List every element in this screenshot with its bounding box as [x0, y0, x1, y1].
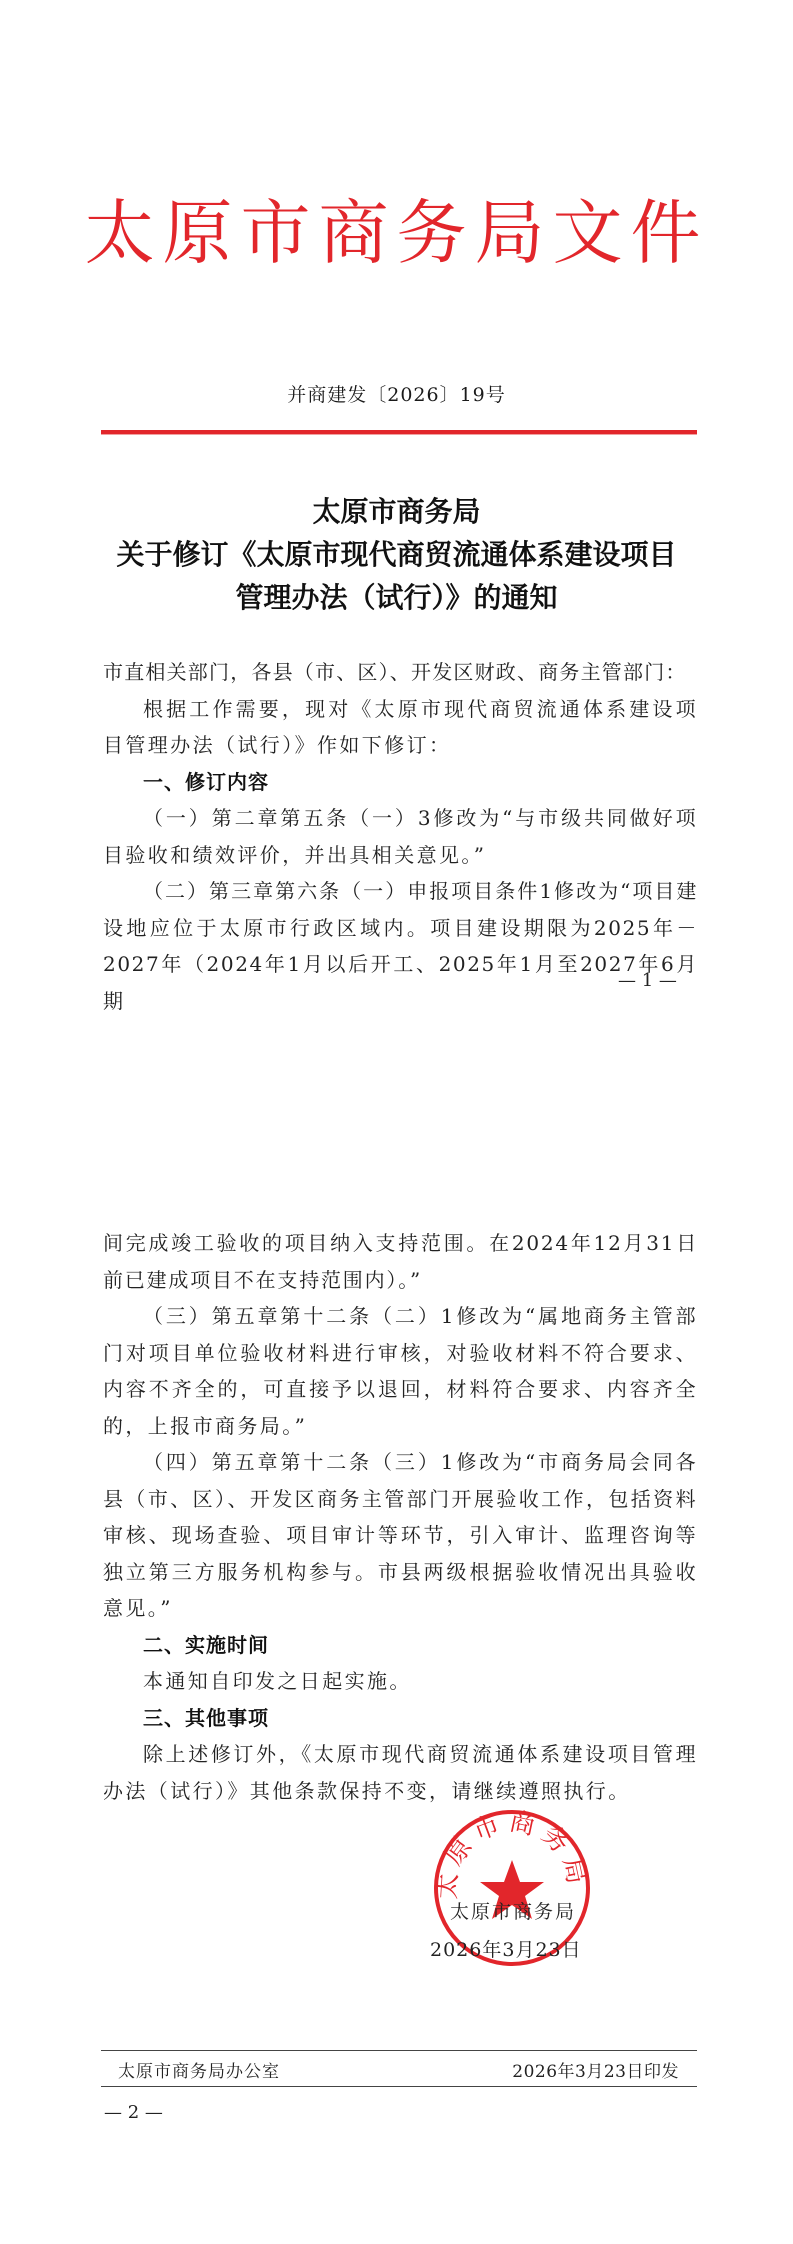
implementation-text: 本通知自印发之日起实施。 — [103, 1663, 698, 1700]
section-heading-revisions: 一、修订内容 — [103, 764, 698, 801]
footer-issuance: 太原市商务局办公室 2026年3月23日印发 — [101, 2057, 697, 2085]
page2-body: 间完成竣工验收的项目纳入支持范围。在2024年12月31日前已建成项目不在支持范… — [103, 1225, 698, 1809]
footer-top-rule — [101, 2050, 697, 2051]
section-heading-implementation: 二、实施时间 — [103, 1627, 698, 1664]
signature-org: 太原市商务局 — [450, 1897, 750, 1924]
revision-item-2-part1: （二）第三章第六条（一）申报项目条件1修改为“项目建设地应位于太原市行政区域内。… — [103, 873, 698, 1019]
revision-item-3: （三）第五章第十二条（二）1修改为“属地商务主管部门对项目单位验收材料进行审核，… — [103, 1298, 698, 1444]
notice-title-line: 关于修订《太原市现代商贸流通体系建设项目 — [0, 533, 793, 576]
notice-title-line: 太原市商务局 — [0, 490, 793, 533]
intro-paragraph: 根据工作需要，现对《太原市现代商贸流通体系建设项目管理办法（试行）》作如下修订： — [103, 691, 698, 764]
revision-item-1: （一）第二章第五条（一）3修改为“与市级共同做好项目验收和绩效评价，并出具相关意… — [103, 800, 698, 873]
salutation: 市直相关部门，各县（市、区）、开发区财政、商务主管部门： — [103, 654, 698, 691]
footer-issuer: 太原市商务局办公室 — [118, 2057, 280, 2082]
footer-issue-date: 2026年3月23日印发 — [512, 2057, 679, 2082]
footer-bottom-rule — [101, 2086, 697, 2087]
page-number-1: — 1 — — [618, 969, 677, 993]
revision-item-4: （四）第五章第十二条（三）1修改为“市商务局会同各县（市、区）、开发区商务主管部… — [103, 1444, 698, 1627]
revision-item-2-part2: 间完成竣工验收的项目纳入支持范围。在2024年12月31日前已建成项目不在支持范… — [103, 1225, 698, 1298]
document-number: 并商建发〔2026〕19号 — [0, 382, 793, 408]
page1-body: 市直相关部门，各县（市、区）、开发区财政、商务主管部门： 根据工作需要，现对《太… — [103, 654, 698, 1019]
notice-title-line: 管理办法（试行）》的通知 — [0, 576, 793, 619]
section-heading-other: 三、其他事项 — [103, 1700, 698, 1737]
red-divider — [101, 430, 697, 435]
document-header-title: 太原市商务局文件 — [0, 188, 793, 278]
signature-date: 2026年3月23日 — [430, 1935, 730, 1962]
notice-title: 太原市商务局 关于修订《太原市现代商贸流通体系建设项目 管理办法（试行）》的通知 — [0, 490, 793, 619]
page-number-2: — 2 — — [104, 2101, 163, 2125]
other-matters-text: 除上述修订外，《太原市现代商贸流通体系建设项目管理办法（试行）》其他条款保持不变… — [103, 1736, 698, 1809]
